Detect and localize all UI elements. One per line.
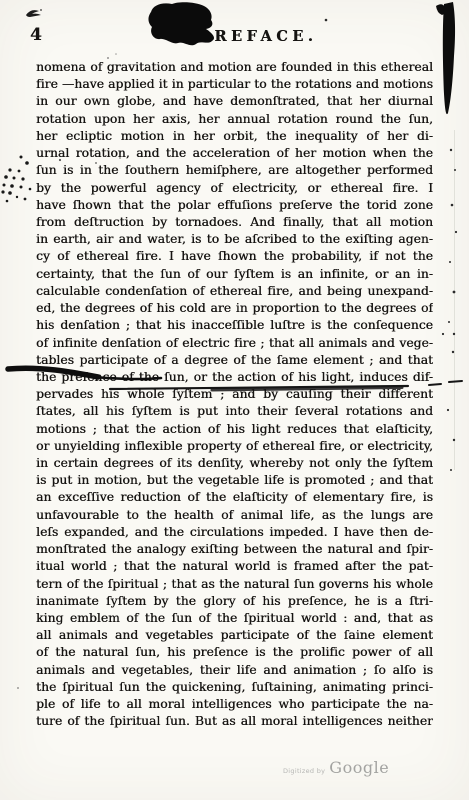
binding-mark-icon [436, 2, 455, 470]
body-line: of infinite denſation of electric fire ;… [36, 335, 433, 352]
scanned-book-page: 4 PREFACE. nomena of gravitation and mot… [0, 0, 469, 800]
page-number: 4 [30, 25, 42, 45]
body-line: the preſence of the ſun, or the action o… [36, 369, 433, 386]
body-line: motions ; that the action of his light r… [36, 421, 433, 438]
body-line: in certain degrees of its denſity, where… [36, 455, 433, 472]
body-line: animals and vegetables, their life and a… [36, 662, 433, 679]
body-line: the ſpiritual ſun the quickening, ſuſtai… [36, 679, 433, 696]
body-line: king emblem of the ſun of the ſpiritual … [36, 610, 433, 627]
body-line: ſun is in the ſouthern hemiſphere, are a… [36, 162, 433, 179]
body-line: of the natural ſun, his preſence is the … [36, 644, 433, 661]
body-line: itual world ; that the natural world is … [36, 558, 433, 575]
body-line: by the powerful agency of electricity, o… [36, 180, 433, 197]
page-title: PREFACE. [199, 28, 317, 45]
body-line: rotation upon her axis, her annual rotat… [36, 111, 433, 128]
body-line: her ecliptic motion in her orbit, the in… [36, 128, 433, 145]
body-line: have ſhown that the polar effuſions preſ… [36, 197, 433, 214]
body-line: ture of the ſpiritual ſun. But as all mo… [36, 713, 433, 730]
body-line: all animals and vegetables participate o… [36, 627, 433, 644]
body-line: urnal rotation, and the acceleration of … [36, 145, 433, 162]
body-line: his denſation ; that his inacceſſible lu… [36, 317, 433, 334]
body-line: leſs expanded, and the circulations impe… [36, 524, 433, 541]
body-line: pervades his whole ſyſtem ; and by cauſi… [36, 386, 433, 403]
body-line: or unyielding inflexible property of eth… [36, 438, 433, 455]
body-line: is put in motion, but the vegetable life… [36, 472, 433, 489]
body-line: cy of ethereal fire. I have ſhown the pr… [36, 248, 433, 265]
body-line: fire —have applied it in particular to t… [36, 76, 433, 93]
body-line: ed, the degrees of his cold are in propo… [36, 300, 433, 317]
watermark-prefix: Digitized by [283, 767, 325, 775]
body-line: monſtrated the analogy exiſting between … [36, 541, 433, 558]
body-line: tables participate of a degree of the ſa… [36, 352, 433, 369]
body-line: unfavourable to the health of animal lif… [36, 507, 433, 524]
body-line: from deſtruction by tornadoes. And final… [36, 214, 433, 231]
body-line: calculable condenſation of ethereal fire… [36, 283, 433, 300]
body-line: in our own globe, and have demonſtrated,… [36, 93, 433, 110]
body-text: nomena of gravitation and motion are fou… [36, 59, 433, 731]
body-line: ſtates, all his ſyſtem is put into their… [36, 403, 433, 420]
margin-scribble-icon [26, 9, 42, 17]
body-line: inanimate ſyſtem by the glory of his pre… [36, 593, 433, 610]
body-line: nomena of gravitation and motion are fou… [36, 59, 433, 76]
body-line: certainty, that the ſun of our ſyſtem is… [36, 266, 433, 283]
body-line: ple of life to all moral intelligences w… [36, 696, 433, 713]
google-watermark: Digitized by Google [283, 758, 389, 777]
body-line: an exceſſive reduction of the elaſticity… [36, 489, 433, 506]
body-line: in earth, air and water, is to be aſcrib… [36, 231, 433, 248]
google-logo: Google [329, 758, 389, 777]
body-line: tern of the ſpiritual ; that as the natu… [36, 576, 433, 593]
